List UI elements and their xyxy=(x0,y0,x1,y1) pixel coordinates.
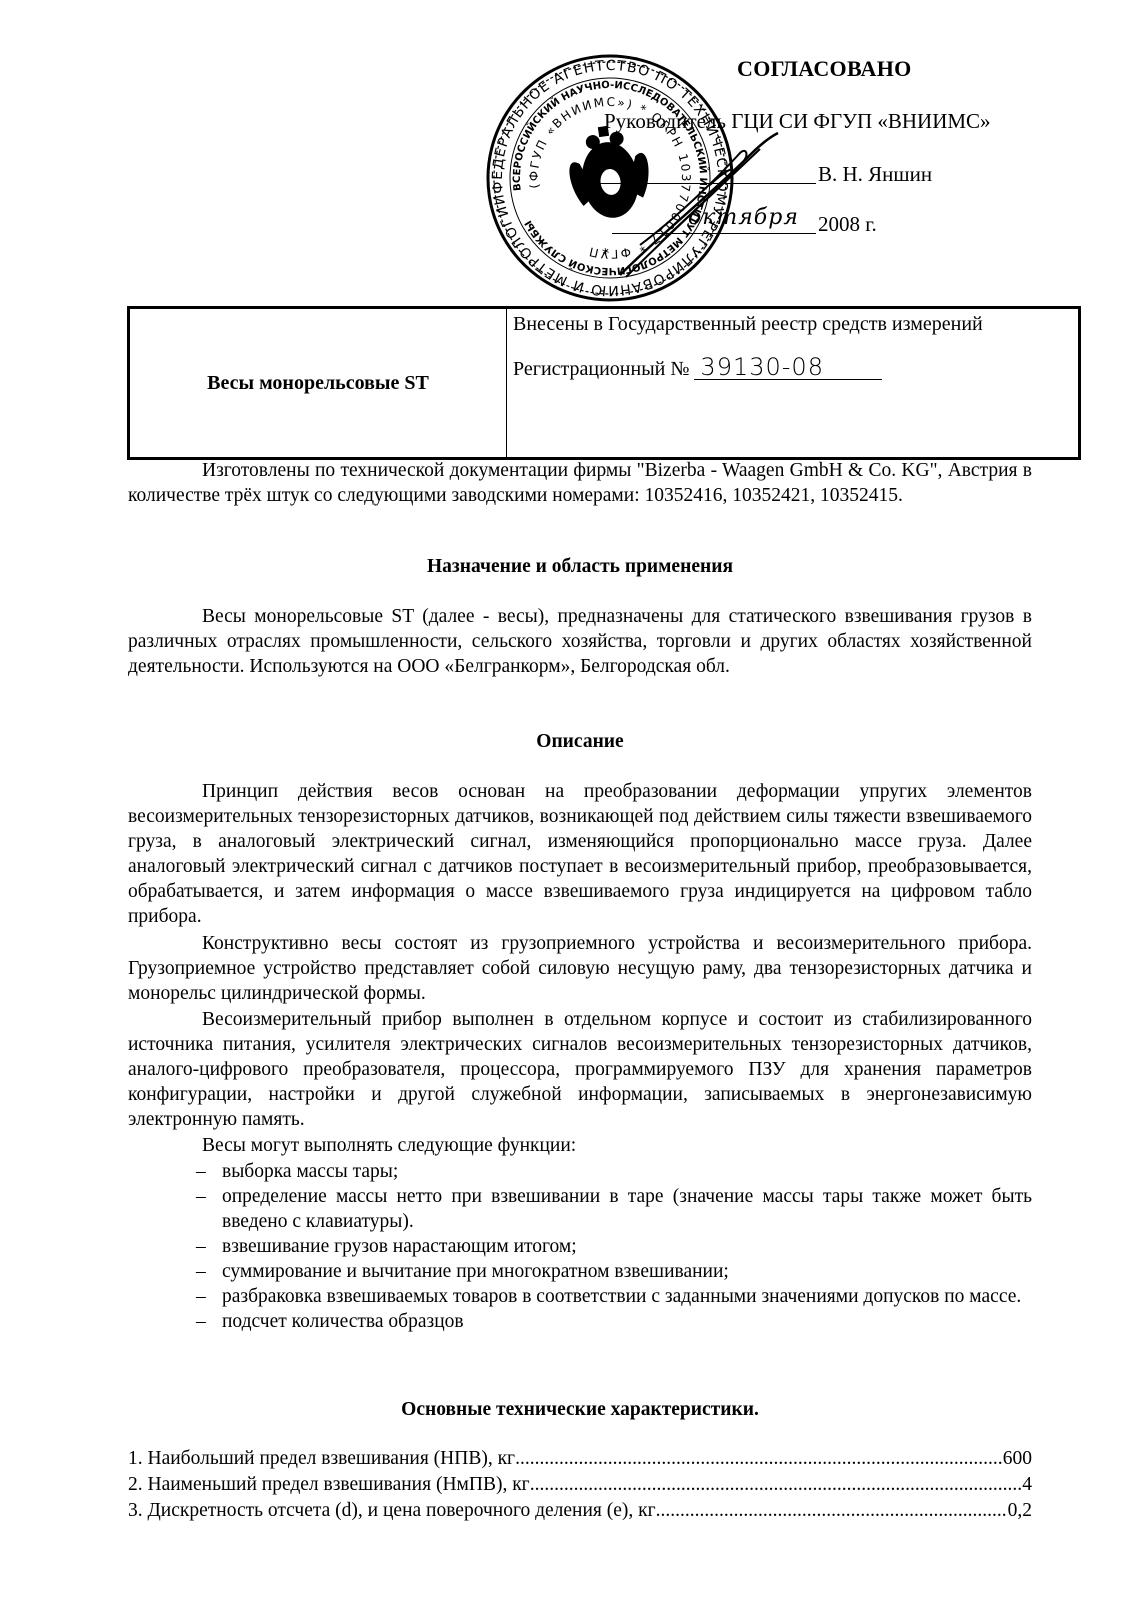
spec-row-division: 3. Дискретность отсчета (d), и цена пове… xyxy=(128,1498,1032,1524)
list-item: –определение массы нетто при взвешивании… xyxy=(196,1184,1032,1234)
description-paragraph-1: Принцип действия весов основан на преобр… xyxy=(128,779,1032,929)
manufacturing-paragraph: Изготовлены по технической документации … xyxy=(128,458,1032,508)
date-month-handwritten: октября xyxy=(688,205,799,230)
registry-info-cell: Внесены в Государственный реестр средств… xyxy=(507,309,1078,457)
registration-number-row: Регистрационный № 39130-08 xyxy=(513,355,1078,381)
approver-name: В. Н. Яншин xyxy=(818,162,932,187)
functions-intro: Весы могут выполнять следующие функции: xyxy=(128,1133,1032,1158)
registry-product-cell: Весы монорельсовые ST xyxy=(130,309,507,457)
description-paragraph-3: Весоизмерительный прибор выполнен в отде… xyxy=(128,1007,1032,1132)
description-paragraph-2: Конструктивно весы состоят из грузоприем… xyxy=(128,931,1032,1006)
registry-table: Весы монорельсовые ST Внесены в Государс… xyxy=(127,306,1081,460)
list-item: –подсчет количества образцов xyxy=(196,1309,1032,1334)
list-item: –разбраковка взвешиваемых товаров в соот… xyxy=(196,1284,1032,1309)
functions-list: –выборка массы тары; –определение массы … xyxy=(196,1159,1032,1334)
list-item: –выборка массы тары; xyxy=(196,1159,1032,1184)
list-item: –взвешивание грузов нарастающим итогом; xyxy=(196,1234,1032,1259)
registration-number: 39130-08 xyxy=(694,355,882,380)
list-item: –суммирование и вычитание при многократн… xyxy=(196,1259,1032,1284)
approval-title: СОГЛАСОВАНО xyxy=(737,56,912,82)
date-line xyxy=(612,233,816,234)
product-name: Весы монорельсовые ST xyxy=(207,372,429,395)
spec-row-min-capacity: 2. Наименьший предел взвешивания (НмПВ),… xyxy=(128,1472,1032,1498)
registration-label: Регистрационный № xyxy=(513,358,689,380)
signature-line xyxy=(600,183,816,184)
purpose-paragraph: Весы монорельсовые ST (далее - весы), пр… xyxy=(128,604,1032,679)
section-heading-purpose: Назначение и область применения xyxy=(128,556,1032,578)
approval-year: 2008 г. xyxy=(818,212,877,237)
section-heading-specs: Основные технические характеристики. xyxy=(128,1399,1032,1421)
section-heading-description: Описание xyxy=(128,731,1032,753)
spec-row-max-capacity: 1. Наибольший предел взвешивания (НПВ), … xyxy=(128,1446,1032,1472)
registry-statement: Внесены в Государственный реестр средств… xyxy=(513,313,1078,355)
